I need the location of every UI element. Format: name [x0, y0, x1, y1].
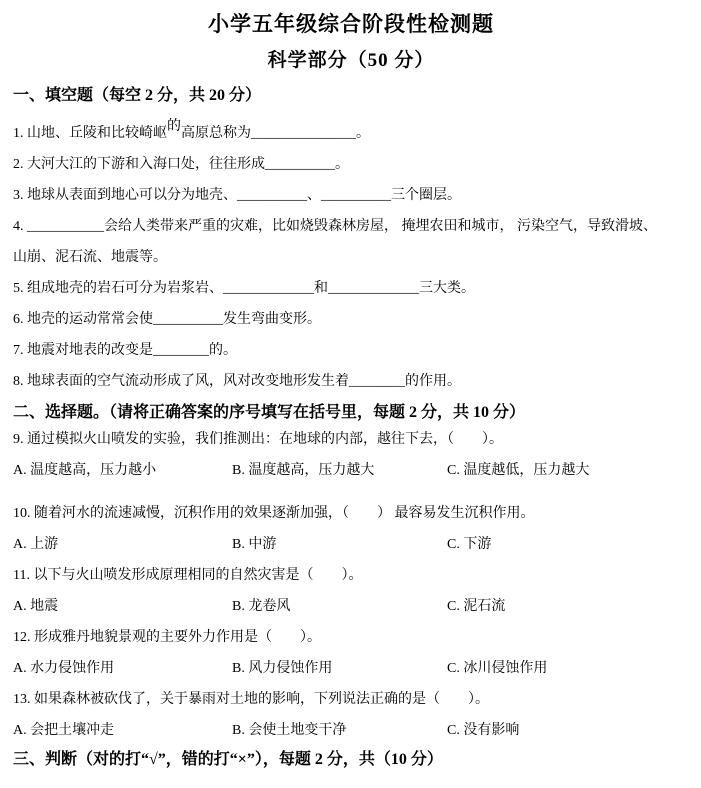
- question-13-option-a: A. 会把土壤冲走: [13, 715, 232, 746]
- question-6: 6. 地壳的运动常常会使__________发生弯曲变形。: [13, 304, 689, 335]
- exam-page: 小学五年级综合阶段性检测题 科学部分（50 分） 一、填空题（每空 2 分，共 …: [0, 0, 701, 771]
- question-11-option-b: B. 龙卷风: [232, 591, 447, 622]
- question-9-option-a: A. 温度越高，压力越小: [13, 455, 232, 486]
- question-10-option-b: B. 中游: [232, 529, 447, 560]
- question-8: 8. 地球表面的空气流动形成了风，风对改变地形发生着________的作用。: [13, 366, 689, 397]
- section-fill-heading: 一、填空题（每空 2 分，共 20 分）: [13, 85, 689, 107]
- question-11-options: A. 地震 B. 龙卷风 C. 泥石流: [13, 591, 689, 622]
- question-9-option-b: B. 温度越高，压力越大: [232, 455, 447, 486]
- question-5: 5. 组成地壳的岩石可分为岩浆岩、_____________和_________…: [13, 273, 689, 304]
- question-13-option-b: B. 会使土地变干净: [232, 715, 447, 746]
- question-13-options: A. 会把土壤冲走 B. 会使土地变干净 C. 没有影响: [13, 715, 689, 746]
- page-title: 小学五年级综合阶段性检测题: [13, 10, 689, 38]
- question-10: 10. 随着河水的流速减慢，沉积作用的效果逐渐加强，（ ） 最容易发生沉积作用。: [13, 498, 689, 529]
- question-10-options: A. 上游 B. 中游 C. 下游: [13, 529, 689, 560]
- question-10-option-a: A. 上游: [13, 529, 232, 560]
- question-11-option-a: A. 地震: [13, 591, 232, 622]
- question-11: 11. 以下与火山喷发形成原理相同的自然灾害是（ ）。: [13, 560, 689, 591]
- page-subtitle: 科学部分（50 分）: [13, 48, 689, 74]
- question-9: 9. 通过模拟火山喷发的实验，我们推测出：在地球的内部，越往下去，（ ）。: [13, 424, 689, 455]
- question-1-post: 高原总称为_______________。: [181, 126, 370, 141]
- question-10-option-c: C. 下游: [447, 529, 689, 560]
- question-4-line-1: 4. ___________会给人类带来严重的灾难，比如烧毁森林房屋， 掩埋农田…: [13, 211, 689, 242]
- section-judge-heading: 三、判断（对的打“√”，错的打“×”），每题 2 分，共（10 分）: [13, 749, 689, 771]
- question-4-line-2: 山崩、泥石流、地震等。: [13, 242, 689, 273]
- question-2: 2. 大河大江的下游和入海口处，往往形成__________。: [13, 149, 689, 180]
- question-7: 7. 地震对地表的改变是________的。: [13, 335, 689, 366]
- question-13-option-c: C. 没有影响: [447, 715, 689, 746]
- section-choice-heading: 二、选择题。（请将正确答案的序号填写在括号里，每题 2 分，共 10 分）: [13, 402, 689, 424]
- question-13: 13. 如果森林被砍伐了，关于暴雨对土地的影响，下列说法正确的是（ ）。: [13, 684, 689, 715]
- question-12-options: A. 水力侵蚀作用 B. 风力侵蚀作用 C. 冰川侵蚀作用: [13, 653, 689, 684]
- question-12-option-b: B. 风力侵蚀作用: [232, 653, 447, 684]
- question-12-option-c: C. 冰川侵蚀作用: [447, 653, 689, 684]
- question-12: 12. 形成雅丹地貌景观的主要外力作用是（ ）。: [13, 622, 689, 653]
- question-9-option-c: C. 温度越低，压力越大: [447, 455, 689, 486]
- question-11-option-c: C. 泥石流: [447, 591, 689, 622]
- question-1-superscript-de: 的: [167, 111, 181, 142]
- question-9-options: A. 温度越高，压力越小 B. 温度越高，压力越大 C. 温度越低，压力越大: [13, 455, 689, 486]
- question-1-pre: 1. 山地、丘陵和比较崎岖: [13, 126, 167, 141]
- question-12-option-a: A. 水力侵蚀作用: [13, 653, 232, 684]
- question-1: 1. 山地、丘陵和比较崎岖的高原总称为_______________。: [13, 118, 689, 149]
- question-3: 3. 地球从表面到地心可以分为地壳、__________、__________三…: [13, 180, 689, 211]
